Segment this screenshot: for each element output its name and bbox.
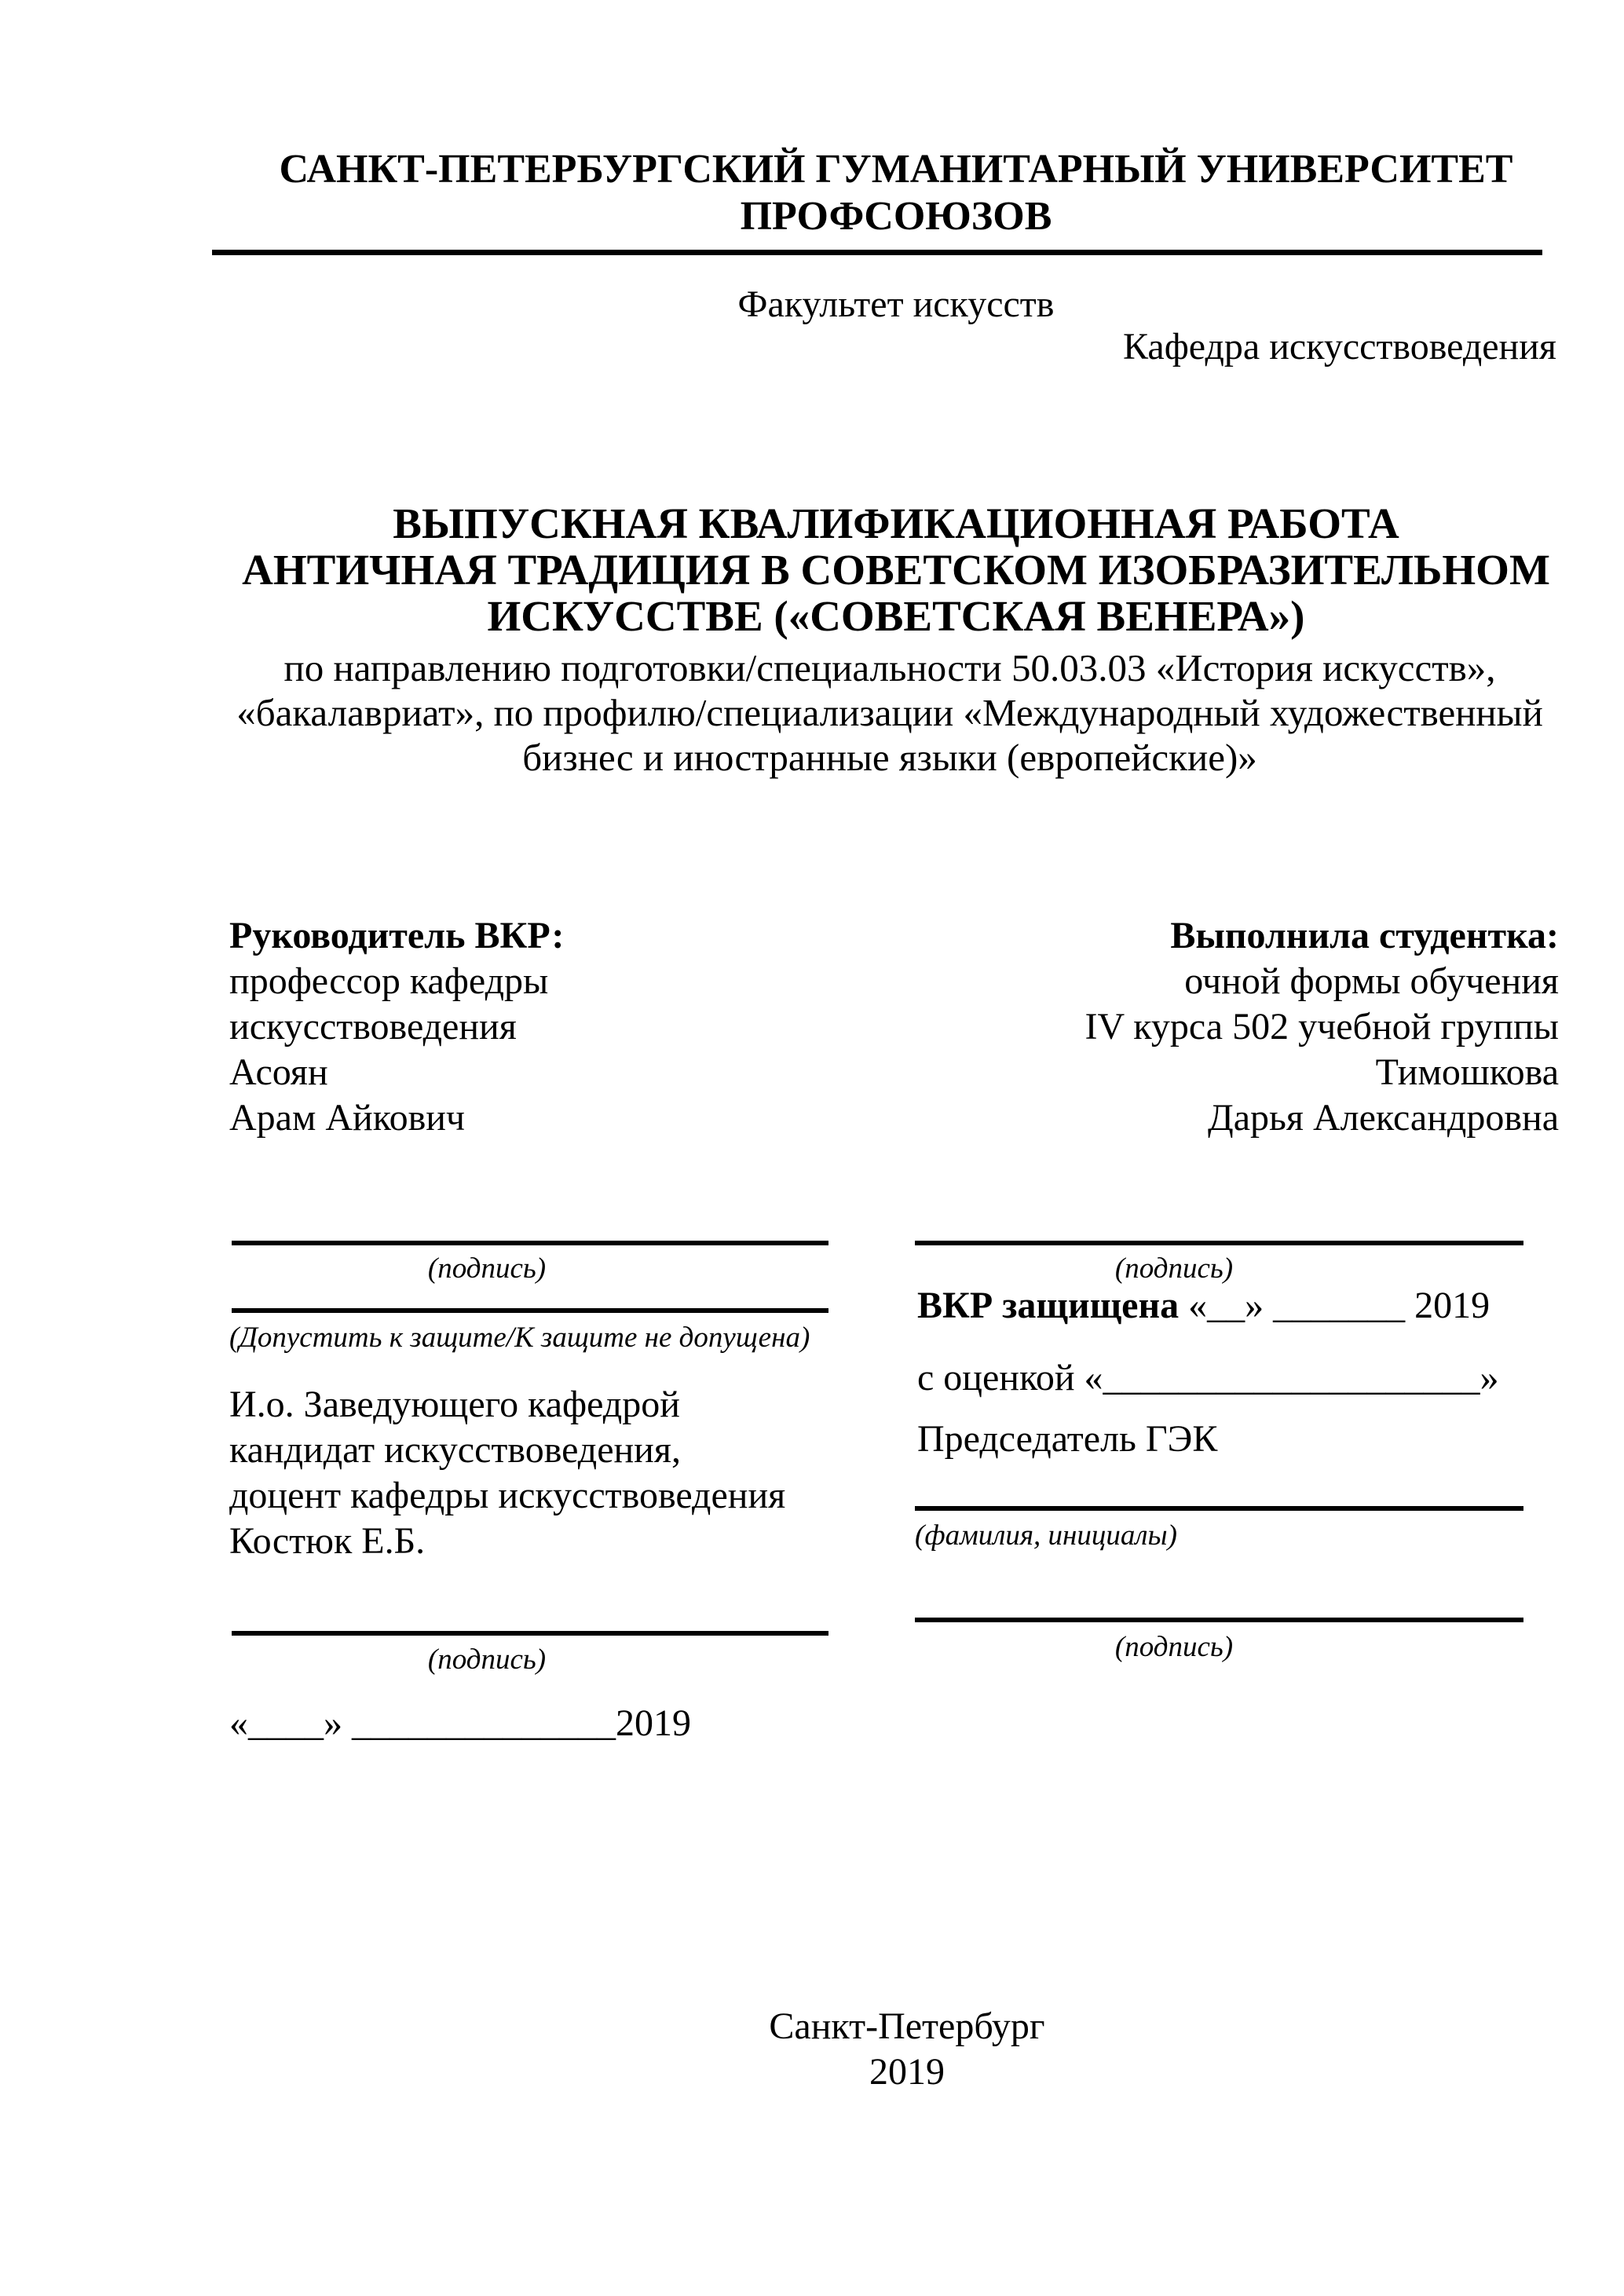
faculty-line: Факультет искусств bbox=[229, 282, 1563, 327]
chairman-name-caption: (фамилия, инициалы) bbox=[915, 1519, 1177, 1553]
head-line4: Костюк Е.Б. bbox=[229, 1519, 858, 1564]
work-title-line1: ВЫПУСКНАЯ КВАЛИФИКАЦИОННАЯ РАБОТА bbox=[229, 500, 1563, 547]
university-name: САНКТ-ПЕТЕРБУРГСКИЙ ГУМАНИТАРНЫЙ УНИВЕРС… bbox=[229, 146, 1563, 240]
header-rule bbox=[212, 250, 1542, 255]
student-block: Выполнила студентка: очной формы обучени… bbox=[785, 913, 1559, 1141]
head-line1: И.о. Заведующего кафедрой bbox=[229, 1382, 858, 1428]
supervisor-block: Руководитель ВКР: профессор кафедры иску… bbox=[229, 913, 779, 1141]
admit-decision-caption: (Допустить к защите/К защите не допущена… bbox=[229, 1321, 810, 1355]
student-line3: Тимошкова bbox=[785, 1050, 1559, 1095]
thesis-title-page: САНКТ-ПЕТЕРБУРГСКИЙ ГУМАНИТАРНЫЙ УНИВЕРС… bbox=[0, 0, 1624, 2296]
work-subtitle-line2: «бакалавриат», по профилю/специализации … bbox=[220, 690, 1560, 735]
chairman-signature-caption: (подпись) bbox=[915, 1630, 1433, 1665]
chairman-label: Председатель ГЭК bbox=[917, 1417, 1217, 1462]
student-signature-caption: (подпись) bbox=[915, 1252, 1433, 1286]
chairman-name-line bbox=[915, 1506, 1523, 1511]
head-signature-line bbox=[232, 1631, 828, 1636]
defense-date-row: ВКР защищена «__» _______ 2019 bbox=[917, 1283, 1561, 1329]
head-of-department-block: И.о. Заведующего кафедрой кандидат искус… bbox=[229, 1382, 858, 1564]
supervisor-signature-caption: (подпись) bbox=[232, 1252, 742, 1286]
university-name-line2: ПРОФСОЮЗОВ bbox=[229, 193, 1563, 240]
head-line3: доцент кафедры искусствоведения bbox=[229, 1473, 858, 1519]
approval-date-blank: «____» ______________2019 bbox=[229, 1701, 691, 1746]
supervisor-heading: Руководитель ВКР: bbox=[229, 913, 779, 959]
footer-block: Санкт-Петербург 2019 bbox=[251, 2004, 1563, 2095]
head-line2: кандидат искусствоведения, bbox=[229, 1428, 858, 1473]
defended-date-blank: «__» _______ 2019 bbox=[1179, 1285, 1490, 1326]
student-line4: Дарья Александровна bbox=[785, 1095, 1559, 1141]
student-signature-line bbox=[915, 1241, 1523, 1245]
work-subtitle-line1: по направлению подготовки/специальности … bbox=[220, 645, 1560, 690]
student-heading: Выполнила студентка: bbox=[785, 913, 1559, 959]
supervisor-line2: искусствоведения bbox=[229, 1004, 779, 1050]
work-title: ВЫПУСКНАЯ КВАЛИФИКАЦИОННАЯ РАБОТА АНТИЧН… bbox=[229, 500, 1563, 639]
supervisor-line3: Асоян bbox=[229, 1050, 779, 1095]
footer-city: Санкт-Петербург bbox=[251, 2004, 1563, 2049]
work-title-line2: АНТИЧНАЯ ТРАДИЦИЯ В СОВЕТСКОМ ИЗОБРАЗИТЕ… bbox=[229, 547, 1563, 593]
supervisor-signature-line bbox=[232, 1241, 828, 1245]
work-subtitle: по направлению подготовки/специальности … bbox=[220, 645, 1560, 780]
work-subtitle-line3: бизнес и иностранные языки (европейские)… bbox=[220, 735, 1560, 780]
work-title-line3: ИСКУССТВЕ («СОВЕТСКАЯ ВЕНЕРА») bbox=[229, 593, 1563, 639]
head-signature-caption: (подпись) bbox=[232, 1643, 742, 1677]
footer-year: 2019 bbox=[251, 2049, 1563, 2095]
university-name-line1: САНКТ-ПЕТЕРБУРГСКИЙ ГУМАНИТАРНЫЙ УНИВЕРС… bbox=[229, 146, 1563, 193]
defended-label: ВКР защищена bbox=[917, 1285, 1179, 1326]
supervisor-line1: профессор кафедры bbox=[229, 959, 779, 1004]
student-line1: очной формы обучения bbox=[785, 959, 1559, 1004]
supervisor-line4: Арам Айкович bbox=[229, 1095, 779, 1141]
grade-row: с оценкой «____________________» bbox=[917, 1355, 1569, 1401]
student-line2: IV курса 502 учебной группы bbox=[785, 1004, 1559, 1050]
department-line: Кафедра искусствоведения bbox=[229, 324, 1556, 370]
chairman-signature-line bbox=[915, 1618, 1523, 1622]
admit-decision-line bbox=[232, 1308, 828, 1313]
